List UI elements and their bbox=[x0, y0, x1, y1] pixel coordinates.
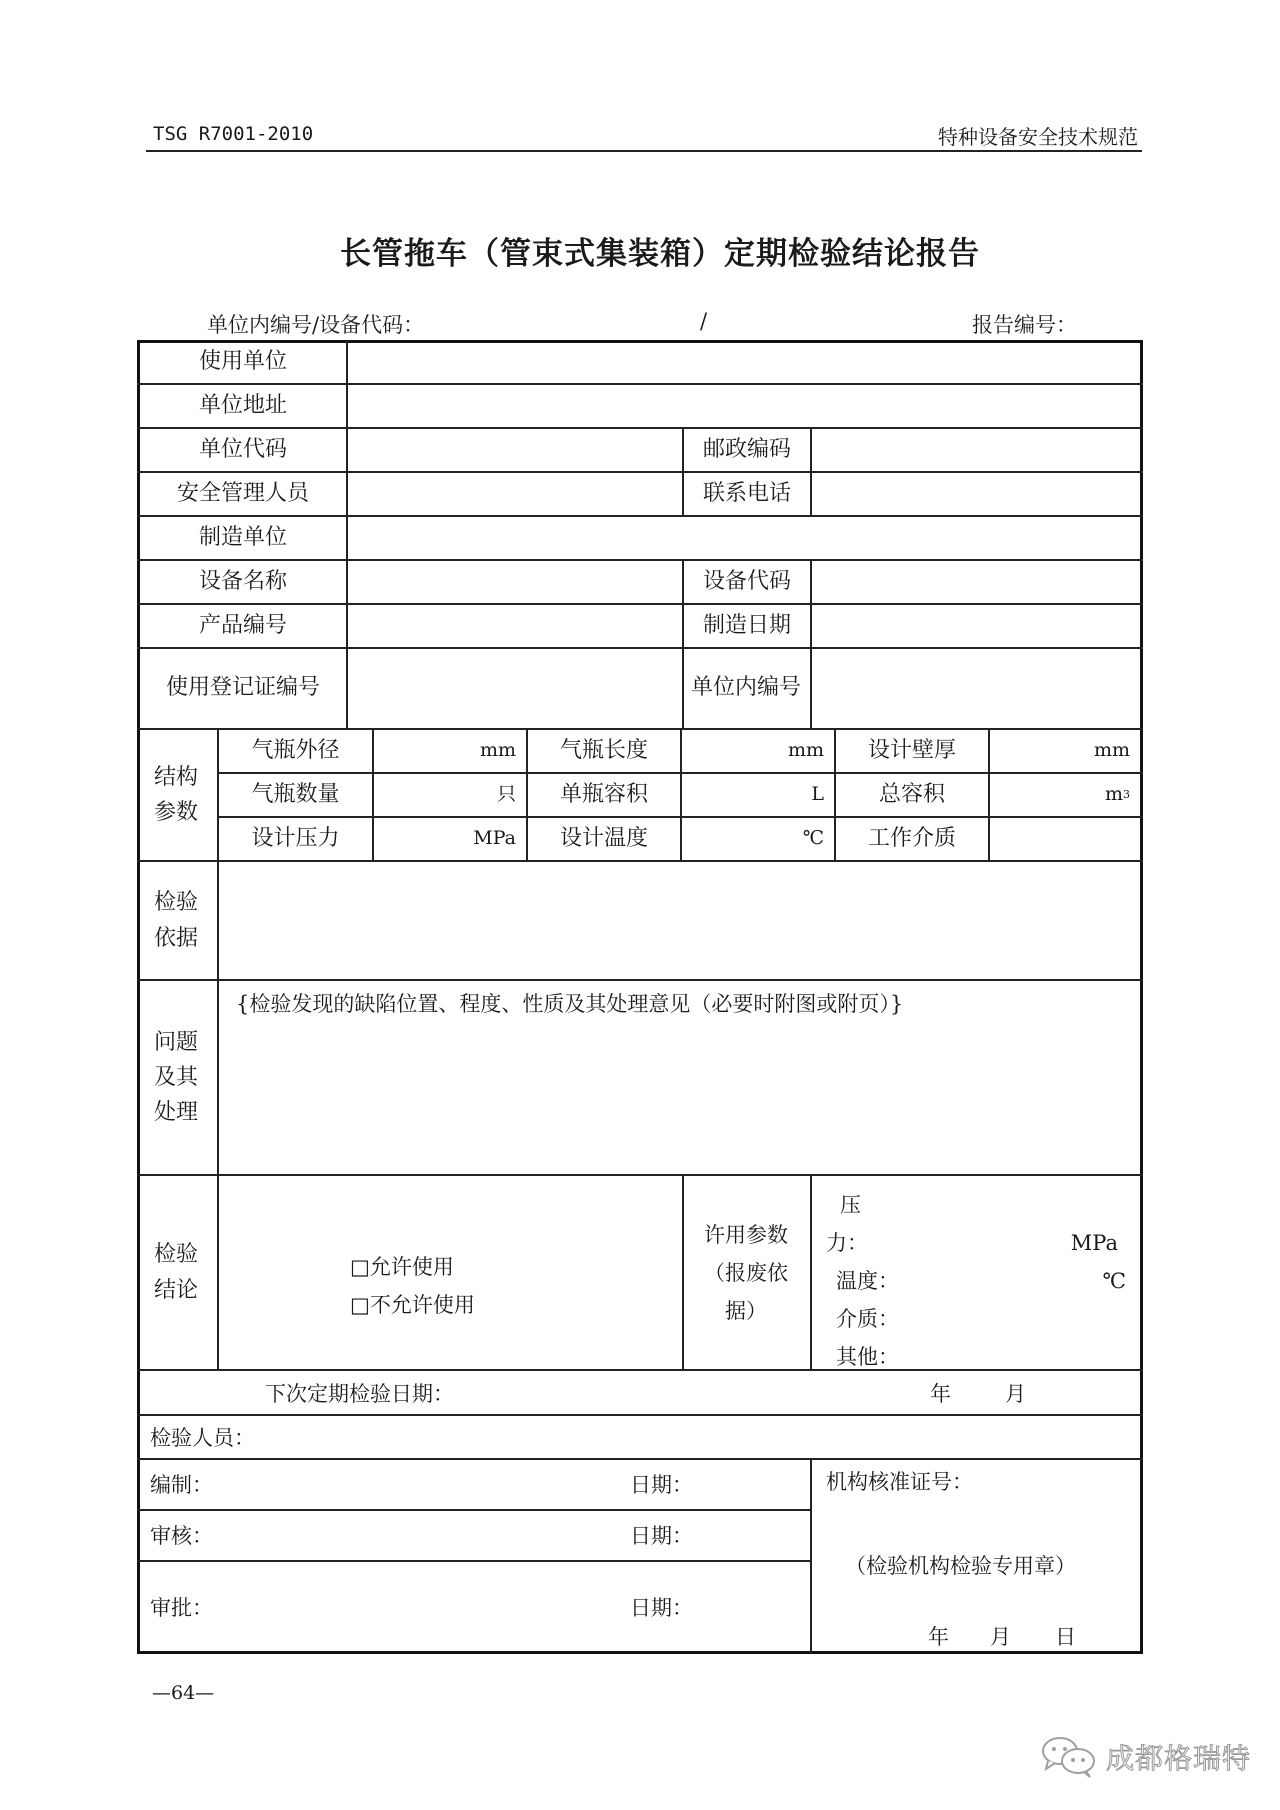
header-rule bbox=[146, 150, 1142, 152]
label-unit-code: 单位代码 bbox=[140, 428, 346, 472]
inspectors-label: 检验人员： bbox=[150, 1422, 255, 1452]
other-label: 其他： bbox=[826, 1338, 1126, 1376]
review-date-label: 日期： bbox=[630, 1520, 693, 1550]
field-manufacturer[interactable] bbox=[348, 516, 1140, 560]
report-no-label: 报告编号： bbox=[972, 309, 1077, 339]
field-issues[interactable] bbox=[219, 1020, 1140, 1174]
field-safety-manager[interactable] bbox=[348, 472, 682, 516]
watermark-text: 成都格瑞特 bbox=[1106, 1737, 1251, 1777]
label-manufacture-date: 制造日期 bbox=[684, 604, 810, 648]
label-equipment-name: 设备名称 bbox=[140, 560, 346, 604]
watermark: 成都格瑞特 bbox=[1040, 1735, 1251, 1779]
field-design-wall-thickness[interactable]: mm bbox=[990, 730, 1140, 772]
row-divider bbox=[137, 1509, 810, 1511]
field-manufacture-date[interactable] bbox=[812, 604, 1140, 648]
review-label: 审核： bbox=[150, 1520, 213, 1550]
label-allowable-params: 许用参数（报废依据） bbox=[690, 1176, 802, 1369]
temperature-unit: ℃ bbox=[1103, 1262, 1127, 1300]
field-equipment-code[interactable] bbox=[812, 560, 1140, 604]
field-internal-no[interactable] bbox=[812, 648, 1140, 728]
allowable-params: 压 力：MPa 温度：℃ 介质： 其他： bbox=[826, 1186, 1126, 1376]
label-issues: 问题及其处理 bbox=[145, 981, 207, 1174]
label-user-unit: 使用单位 bbox=[140, 340, 346, 384]
field-single-cyl-volume[interactable]: L bbox=[682, 774, 834, 816]
label-product-no: 产品编号 bbox=[140, 604, 346, 648]
unit-code-label: 单位内编号/设备代码： bbox=[207, 309, 424, 339]
field-cyl-outer-diameter[interactable]: mm bbox=[374, 730, 526, 772]
row-divider bbox=[137, 1458, 1143, 1460]
seal-month: 月 bbox=[990, 1621, 1011, 1651]
conclusion-options: □允许使用 □不允许使用 bbox=[350, 1248, 475, 1324]
wechat-icon bbox=[1040, 1735, 1098, 1779]
label-registration-no: 使用登记证编号 bbox=[140, 648, 346, 728]
field-equipment-name[interactable] bbox=[348, 560, 682, 604]
field-inspectors[interactable] bbox=[270, 1416, 1140, 1458]
label-manufacturer: 制造单位 bbox=[140, 516, 346, 560]
issues-hint: {检验发现的缺陷位置、程度、性质及其处理意见（必要时附图或附页）} bbox=[236, 988, 903, 1018]
field-registration-no[interactable] bbox=[348, 648, 682, 728]
label-design-pressure: 设计压力 bbox=[219, 818, 372, 860]
page-title: 长管拖车（管束式集装箱）定期检验结论报告 bbox=[0, 228, 1280, 273]
field-cyl-length[interactable]: mm bbox=[682, 730, 834, 772]
unit-m: m bbox=[1105, 781, 1123, 809]
field-cyl-count[interactable]: 只 bbox=[374, 774, 526, 816]
cert-no-label: 机构核准证号： bbox=[826, 1466, 973, 1496]
pressure-char-2: 力： bbox=[826, 1224, 868, 1262]
checkbox-icon[interactable]: □ bbox=[350, 1255, 370, 1279]
label-safety-manager: 安全管理人员 bbox=[140, 472, 346, 516]
option-disallow-label: 不允许使用 bbox=[370, 1293, 475, 1317]
label-total-volume: 总容积 bbox=[836, 774, 988, 816]
field-unit-address[interactable] bbox=[348, 384, 1140, 428]
label-working-medium: 工作介质 bbox=[836, 818, 988, 860]
page-number: —64— bbox=[152, 1682, 214, 1704]
row-divider bbox=[137, 1174, 1143, 1176]
compile-date-label: 日期： bbox=[630, 1469, 693, 1499]
temperature-line: 温度：℃ bbox=[826, 1262, 1126, 1300]
series-title: 特种设备安全技术规范 bbox=[938, 121, 1138, 150]
seal-text: （检验机构检验专用章） bbox=[845, 1550, 1076, 1580]
field-postal-code[interactable] bbox=[812, 428, 1140, 472]
next-date-month: 月 bbox=[1005, 1378, 1026, 1408]
label-single-cyl-volume: 单瓶容积 bbox=[528, 774, 680, 816]
pressure-char-1: 压 bbox=[826, 1186, 1126, 1224]
standard-code: TSG R7001-2010 bbox=[153, 123, 313, 145]
approve-date-label: 日期： bbox=[630, 1592, 693, 1622]
field-user-unit[interactable] bbox=[348, 340, 1140, 384]
col-divider bbox=[810, 1458, 812, 1654]
label-design-temperature: 设计温度 bbox=[528, 818, 680, 860]
seal-year: 年 bbox=[928, 1621, 949, 1651]
label-cyl-outer-diameter: 气瓶外径 bbox=[219, 730, 372, 772]
col-divider bbox=[810, 1174, 812, 1369]
unit-superscript: 3 bbox=[1123, 787, 1130, 803]
label-internal-no: 单位内编号 bbox=[690, 648, 802, 728]
temperature-label: 温度： bbox=[836, 1262, 899, 1300]
compile-label: 编制： bbox=[150, 1469, 213, 1499]
approve-label: 审批： bbox=[150, 1592, 213, 1622]
seal-day: 日 bbox=[1055, 1621, 1076, 1651]
field-total-volume[interactable]: m3 bbox=[990, 774, 1140, 816]
row-divider bbox=[137, 979, 1143, 981]
pressure-unit: MPa bbox=[1071, 1224, 1126, 1262]
label-conclusion: 检验结论 bbox=[145, 1176, 207, 1369]
field-inspection-basis[interactable] bbox=[219, 862, 1140, 979]
label-cyl-count: 气瓶数量 bbox=[219, 774, 372, 816]
field-product-no[interactable] bbox=[348, 604, 682, 648]
field-working-medium[interactable] bbox=[990, 818, 1140, 860]
option-disallow[interactable]: □不允许使用 bbox=[350, 1286, 475, 1324]
next-date-label: 下次定期检验日期： bbox=[265, 1378, 454, 1408]
label-design-wall-thickness: 设计壁厚 bbox=[836, 730, 988, 772]
label-equipment-code: 设备代码 bbox=[684, 560, 810, 604]
unit-code-slash: / bbox=[700, 309, 707, 333]
option-allow[interactable]: □允许使用 bbox=[350, 1248, 475, 1286]
option-allow-label: 允许使用 bbox=[370, 1255, 454, 1279]
field-design-pressure[interactable]: MPa bbox=[374, 818, 526, 860]
field-design-temperature[interactable]: ℃ bbox=[682, 818, 834, 860]
pressure-line: 力：MPa bbox=[826, 1224, 1126, 1262]
field-phone[interactable] bbox=[812, 472, 1140, 516]
label-phone: 联系电话 bbox=[684, 472, 810, 516]
medium-label: 介质： bbox=[826, 1300, 1126, 1338]
checkbox-icon[interactable]: □ bbox=[350, 1293, 370, 1317]
row-divider bbox=[137, 1560, 810, 1562]
field-unit-code[interactable] bbox=[348, 428, 682, 472]
label-unit-address: 单位地址 bbox=[140, 384, 346, 428]
label-inspection-basis: 检验依据 bbox=[145, 862, 207, 979]
label-structure-params: 结构参数 bbox=[145, 730, 207, 860]
col-divider bbox=[682, 1174, 684, 1369]
label-cyl-length: 气瓶长度 bbox=[528, 730, 680, 772]
label-postal-code: 邮政编码 bbox=[684, 428, 810, 472]
next-date-year: 年 bbox=[930, 1378, 951, 1408]
